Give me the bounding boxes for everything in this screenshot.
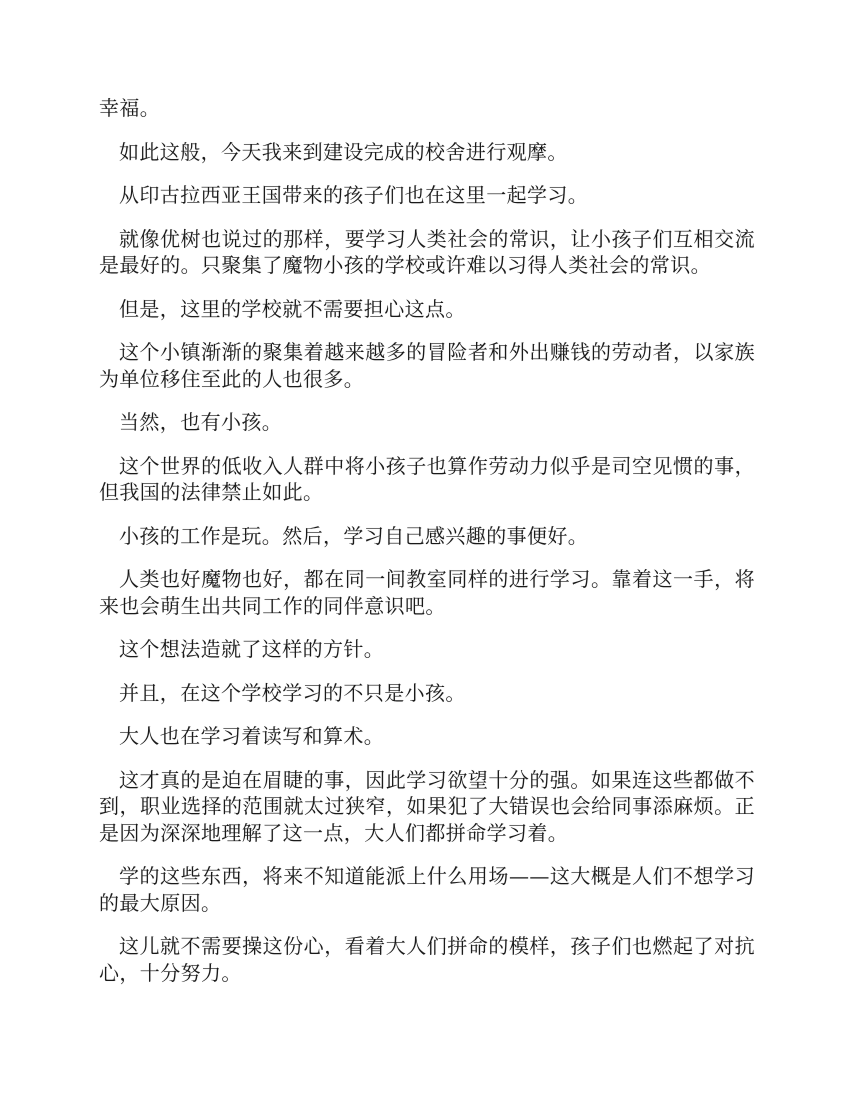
document-page: 幸福。 如此这般，今天我来到建设完成的校舍进行观摩。 从印古拉西亚王国带来的孩子…: [99, 95, 755, 1003]
paragraph-13: 大人也在学习着读写和算术。: [99, 723, 755, 750]
paragraph-10: 人类也好魔物也好，都在同一间教室同样的进行学习。靠着这一手，将来也会萌生出共同工…: [99, 566, 755, 619]
paragraph-6: 这个小镇渐渐的聚集着越来越多的冒险者和外出赚钱的劳动者，以家族为单位移住至此的人…: [99, 339, 755, 392]
paragraph-15: 学的这些东西，将来不知道能派上什么用场——这大概是人们不想学习的最大原因。: [99, 863, 755, 916]
paragraph-5: 但是，这里的学校就不需要担心这点。: [99, 296, 755, 323]
paragraph-11: 这个想法造就了这样的方针。: [99, 636, 755, 663]
paragraph-3: 从印古拉西亚王国带来的孩子们也在这里一起学习。: [99, 182, 755, 209]
paragraph-8: 这个世界的低收入人群中将小孩子也算作劳动力似乎是司空见惯的事，但我国的法律禁止如…: [99, 453, 755, 506]
paragraph-9: 小孩的工作是玩。然后，学习自己感兴趣的事便好。: [99, 523, 755, 550]
paragraph-16: 这儿就不需要操这份心，看着大人们拼命的模样，孩子们也燃起了对抗心，十分努力。: [99, 933, 755, 986]
paragraph-4: 就像优树也说过的那样，要学习人类社会的常识，让小孩子们互相交流是最好的。只聚集了…: [99, 226, 755, 279]
paragraph-2: 如此这般，今天我来到建设完成的校舍进行观摩。: [99, 139, 755, 166]
paragraph-1: 幸福。: [99, 95, 755, 122]
paragraph-14: 这才真的是迫在眉睫的事，因此学习欲望十分的强。如果连这些都做不到，职业选择的范围…: [99, 767, 755, 847]
paragraph-12: 并且，在这个学校学习的不只是小孩。: [99, 680, 755, 707]
paragraph-7: 当然，也有小孩。: [99, 409, 755, 436]
